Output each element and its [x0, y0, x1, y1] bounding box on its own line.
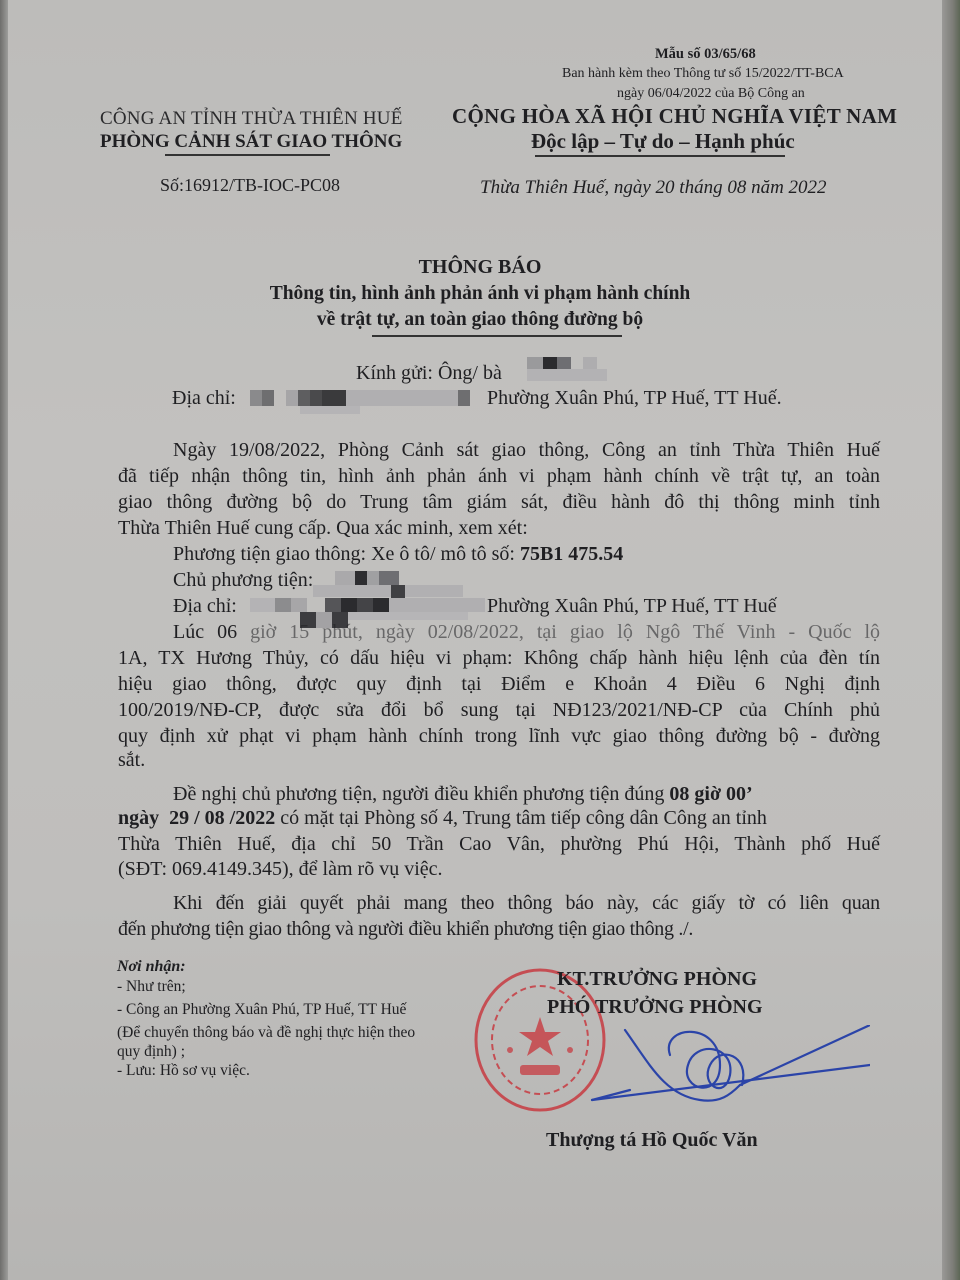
paragraph-1-line-3: giao thông đường bộ do Trung tâm giám sá… — [118, 489, 880, 515]
request-location: có mặt tại Phòng số 4, Trung tâm tiếp cô… — [280, 807, 767, 829]
title-underline — [372, 335, 622, 337]
closing-line-2: đến phương tiện giao thông và người điều… — [118, 916, 880, 942]
document-subtitle-1: Thông tin, hình ảnh phản ánh vi phạm hàn… — [0, 283, 960, 305]
motto-underline — [535, 155, 785, 157]
department-underline — [165, 154, 330, 156]
republic-title: CỘNG HÒA XÃ HỘI CHỦ NGHĨA VIỆT NAM — [452, 104, 897, 129]
appointment-time: 08 giờ 00’ — [669, 783, 752, 805]
recipient-item: quy định) ; — [117, 1043, 185, 1061]
recipient-item: (Để chuyển thông báo và đề nghị thực hiệ… — [117, 1024, 415, 1042]
form-issued-date: ngày 06/04/2022 của Bộ Công an — [617, 86, 805, 102]
violation-line-1: 1A, TX Hương Thủy, có dấu hiệu vi phạm: … — [118, 645, 880, 671]
violation-line-2: hiệu giao thông, được quy định tại Điểm … — [118, 671, 880, 697]
recipient-item: - Như trên; — [117, 978, 186, 996]
closing-line-1: Khi đến giải quyết phải mang theo thông … — [173, 890, 880, 916]
place-date: Thừa Thiên Huế, ngày 20 tháng 08 năm 202… — [480, 177, 827, 199]
violation-time-rest: giờ 15 phút, ngày 02/08/2022, tại giao l… — [250, 621, 880, 643]
signature-title-2: PHÓ TRƯỞNG PHÒNG — [547, 996, 763, 1019]
agency-name: CÔNG AN TỈNH THỪA THIÊN HUẾ — [100, 108, 403, 130]
background-edge — [942, 0, 960, 1280]
signature-title-1: KT.TRƯỞNG PHÒNG — [557, 968, 757, 991]
recipient-item: - Công an Phường Xuân Phú, TP Huế, TT Hu… — [117, 1001, 406, 1019]
vehicle-plate: 75B1 475.54 — [520, 543, 623, 565]
form-issued-by: Ban hành kèm theo Thông tư số 15/2022/TT… — [562, 66, 844, 82]
appointment-date-label: ngày — [118, 807, 159, 829]
signer-name: Thượng tá Hồ Quốc Văn — [546, 1129, 758, 1152]
request-text: Đề nghị chủ phương tiện, người điều khiể… — [173, 783, 664, 805]
vehicle-label: Phương tiện giao thông: Xe ô tô/ mô tô s… — [173, 543, 515, 565]
paragraph-1-line-1: Ngày 19/08/2022, Phòng Cảnh sát giao thô… — [173, 437, 880, 463]
violation-line-5: sắt. — [118, 747, 880, 773]
violation-line-3: 100/2019/NĐ-CP, được sửa đổi bổ sung tại… — [118, 697, 880, 723]
recipient-salutation: Kính gửi: Ông/ bà — [356, 362, 502, 385]
violation-time-prefix: Lúc 06 — [173, 621, 237, 643]
request-line-4: (SĐT: 069.4149.345), để làm rõ vụ việc. — [118, 856, 880, 882]
request-line-1: Đề nghị chủ phương tiện, người điều khiể… — [173, 781, 880, 807]
owner-address-ward: Phường Xuân Phú, TP Huế, TT Huế — [487, 593, 777, 619]
form-number: Mẫu số 03/65/68 — [655, 46, 756, 63]
vehicle-info: Phương tiện giao thông: Xe ô tô/ mô tô s… — [173, 541, 935, 567]
handwritten-signature-icon — [570, 1025, 870, 1135]
recipient-address-ward: Phường Xuân Phú, TP Huế, TT Huế. — [487, 387, 782, 410]
owner-label: Chủ phương tiện: — [173, 567, 935, 593]
request-line-2: ngày 29 / 08 /2022 có mặt tại Phòng số 4… — [118, 805, 880, 831]
violation-time-line: Lúc 06 giờ 15 phút, ngày 02/08/2022, tại… — [173, 619, 880, 645]
document-subtitle-2: về trật tự, an toàn giao thông đường bộ — [0, 309, 960, 331]
recipients-title: Nơi nhận: — [117, 958, 186, 976]
document-title: THÔNG BÁO — [0, 256, 960, 279]
violation-line-4: quy định xử phạt vi phạm hành chính tron… — [118, 723, 880, 749]
recipient-address-label: Địa chỉ: — [172, 387, 236, 410]
paragraph-1-line-2: đã tiếp nhận thông tin, hình ảnh phản án… — [118, 463, 880, 489]
national-motto: Độc lập – Tự do – Hạnh phúc — [531, 129, 795, 154]
recipient-item: - Lưu: Hồ sơ vụ việc. — [117, 1062, 250, 1080]
department-name: PHÒNG CẢNH SÁT GIAO THÔNG — [100, 131, 402, 153]
request-line-3: Thừa Thiên Huế, địa chỉ 50 Trần Cao Vân,… — [118, 831, 880, 857]
paragraph-1-line-4: Thừa Thiên Huế cung cấp. Qua xác minh, x… — [118, 515, 880, 541]
document-number: Số:16912/TB-IOC-PC08 — [160, 175, 340, 196]
appointment-date: 29 / 08 /2022 — [169, 807, 275, 829]
